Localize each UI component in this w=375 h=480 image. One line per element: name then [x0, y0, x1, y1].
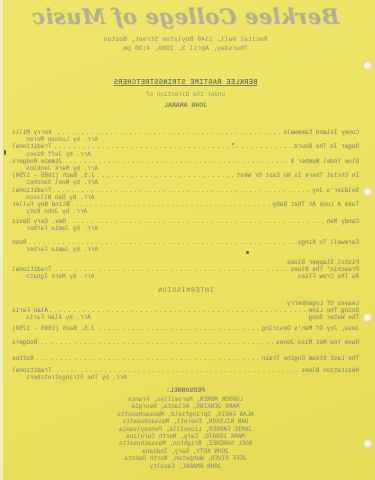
piece-title: Pistol Slapper Blues [287, 259, 359, 266]
personnel-member: LUDSON MOREN, Marseilles, France [12, 396, 359, 403]
piece-title: Leaves Of Loganberry [287, 300, 359, 307]
program-row: In Christ There Is No East Or West......… [12, 172, 359, 179]
piece-credit: Kerry Mills [12, 129, 52, 136]
dotted-leader: ........................................… [72, 201, 271, 208]
piece-title: Jesu, Joy Of Man's Desiring [262, 325, 359, 332]
personnel-member: JEFF RIVES, Wahpeton, North Dakota [12, 455, 359, 462]
program-row: The Last Steam Engine Train.............… [12, 355, 359, 362]
direction-label: under the direction of [12, 91, 359, 98]
program-row: Soldier's Joy...........................… [12, 187, 359, 194]
dotted-leader: ........................................… [68, 218, 325, 225]
piece-title: In Christ There Is No East Or West [237, 172, 359, 179]
arranger-credit: Arr. by Mark Jenkins [26, 165, 98, 172]
dotted-leader: ........................................… [54, 266, 289, 273]
intermission-label: INTERMISSION [12, 287, 359, 294]
arranger-credit: Arr. by Jeff Rives [26, 151, 91, 158]
piece-title: Have You Met Miss Jones [276, 339, 359, 346]
piece-title: As The Crow Flies [298, 273, 359, 280]
arranger-row: Arr. by Mark Jenkins [12, 165, 359, 172]
arranger-credit: Arr. by Jamie Farber [26, 246, 98, 253]
piece-title: Preachin' The Blues [291, 266, 359, 273]
dotted-leader: ........................................… [97, 325, 260, 332]
dotted-leader: ........................................… [97, 172, 235, 179]
personnel-member: MARK JENKINS, Atlanta, Georgia [12, 403, 359, 410]
datetime-line: Thursday, April 3, 1980, 4:30 pm [12, 45, 359, 52]
director-name: JOHN AMARAL [12, 102, 359, 109]
arranger-row: Arr. by Jeff Rives [12, 151, 359, 158]
program-row: Doing The Line..........................… [12, 307, 359, 314]
venue-line: Recital Hall, 1140 Boylston Street, Bost… [12, 36, 359, 43]
ink-speck [232, 143, 234, 145]
dotted-leader: ........................................… [54, 129, 282, 136]
dotted-leader: ........................................… [54, 187, 311, 194]
dotted-leader: ........................................… [54, 143, 293, 150]
personnel-member: JAMIE FARBER, Lionville, Pennsylvania [12, 426, 359, 433]
program-row: Take A Look At That Baby................… [12, 201, 359, 208]
piece-title: Candy Man [327, 218, 359, 225]
ensemble-name: BERKLEE RAGTIME STRINGSTRETCHERS [12, 79, 359, 87]
piece-title: Sugar In The Gourd [294, 143, 359, 150]
arranger-credit: Arr. by Noel Sanchez [26, 179, 98, 186]
program-row: Blue Yodel Number 9.....................… [12, 158, 359, 165]
arranger-row: Arr. by The Stringstretchers [12, 374, 359, 381]
piece-credit: Rodgers [12, 339, 37, 346]
piece-title: Coney Island Cakewalk [283, 129, 359, 136]
personnel-member: JOHN AMARAL, Faculty [12, 463, 359, 470]
program-second-half: Leaves Of LoganberryDoing The Line......… [12, 300, 359, 382]
piece-title: The Last Steam Engine Train [262, 355, 359, 362]
piece-title: Farewell To Kings [298, 239, 359, 246]
program-row: Jesu, Joy Of Man's Desiring.............… [12, 325, 359, 332]
piece-credit: Kottke [12, 355, 34, 362]
program-row: Pistol Slapper Blues [12, 259, 359, 266]
piece-title: Soldier's Joy [312, 187, 359, 194]
arranger-row: Arr. by Noel Sanchez [12, 179, 359, 186]
piece-credit: Traditional [12, 143, 52, 150]
piece-credit: Rev. Gary Davis [12, 218, 66, 225]
piece-title: Hesitation Blues [301, 367, 359, 374]
piece-credit: Blind Boy Fuller [12, 201, 70, 208]
arranger-row: Arr. by Ludson Moren [12, 136, 359, 143]
piece-credit: Rush [12, 239, 26, 246]
arranger-credit: Arr. by Ludson Moren [26, 136, 98, 143]
personnel-member: NOEL SANCHEZ, Brighton, Massachusetts [12, 440, 359, 447]
arranger-row: Arr. by Dan Nilsson [12, 194, 359, 201]
personnel-member: DAN NILSSON, Everett, Massachusetts [12, 418, 359, 425]
personnel-member: JOHN KOTY, Gary, Indiana [12, 448, 359, 455]
personnel-member: MARK IGNATO, Cary, North Carolina [12, 433, 359, 440]
arranger-row: Arr. by Jamie Farber [12, 246, 359, 253]
ink-speck [246, 251, 249, 254]
arranger-credit: Arr. by Jamie Farber [26, 225, 98, 232]
mirrored-content: Berklee College of Music Recital Hall, 1… [0, 0, 375, 480]
arranger-credit: Arr. by Mark Ignato [12, 273, 94, 280]
piece-credit: J.S. Bach (1685 - 1750) [12, 172, 95, 179]
arranger-credit: Arr. by The Stringstretchers [26, 374, 127, 381]
arranger-credit: Arr. by John Koty [26, 208, 87, 215]
piece-credit: Traditional [12, 367, 52, 374]
program-row: As The Crow FliesArr. by Mark Ignato [12, 273, 359, 280]
piece-credit: J.S. Bach (1685 - 1750) [12, 325, 95, 332]
arranger-row: Arr. by John Koty [12, 208, 359, 215]
program-row: Candy Man...............................… [12, 218, 359, 225]
program-row: The Water SongArr. by Alan Faris [12, 314, 359, 321]
personnel-heading: PERSONNEL: [12, 387, 359, 394]
program-row: Sugar In The Gourd......................… [12, 143, 359, 150]
arranger-credit: Arr. by Alan Faris [12, 314, 91, 321]
dotted-leader: ........................................… [64, 158, 288, 165]
program-first-half: Coney Island Cakewalk...................… [12, 129, 359, 281]
personnel-list: LUDSON MOREN, Marseilles, FranceMARK JEN… [12, 396, 359, 470]
personnel-member: ALAN FARIS, Springfield, Massachusetts [12, 411, 359, 418]
program-content: Berklee College of Music Recital Hall, 1… [12, 0, 359, 470]
piece-credit: Alan Faris [12, 307, 48, 314]
arranger-row: Arr. by Jamie Farber [12, 225, 359, 232]
piece-credit: Traditional [12, 266, 52, 273]
piece-credit: Jimmie Rodgers [12, 158, 62, 165]
piece-title: The Water Song [309, 314, 359, 321]
berklee-logo: Berklee College of Music [12, 5, 359, 29]
dotted-leader: ........................................… [39, 339, 274, 346]
piece-credit: Traditional [12, 187, 52, 194]
piece-title: Take A Look At That Baby [273, 201, 359, 208]
edge-speck [4, 150, 6, 155]
program-row: Farewell To Kings.......................… [12, 239, 359, 246]
scanned-program-page: Berklee College of Music Recital Hall, 1… [0, 0, 375, 480]
dotted-leader: ........................................… [28, 239, 295, 246]
program-row: Hesitation Blues........................… [12, 367, 359, 374]
program-row: Coney Island Cakewalk...................… [12, 129, 359, 136]
dotted-leader: ........................................… [36, 355, 260, 362]
program-row: Have You Met Miss Jones.................… [12, 339, 359, 346]
piece-title: Doing The Line [309, 307, 359, 314]
dotted-leader: ........................................… [50, 307, 307, 314]
arranger-credit: Arr. by Dan Nilsson [26, 194, 94, 201]
dotted-leader: ........................................… [54, 367, 300, 374]
program-row: Preachin' The Blues.....................… [12, 266, 359, 273]
program-row: Leaves Of Loganberry [12, 300, 359, 307]
piece-title: Blue Yodel Number 9 [291, 158, 359, 165]
